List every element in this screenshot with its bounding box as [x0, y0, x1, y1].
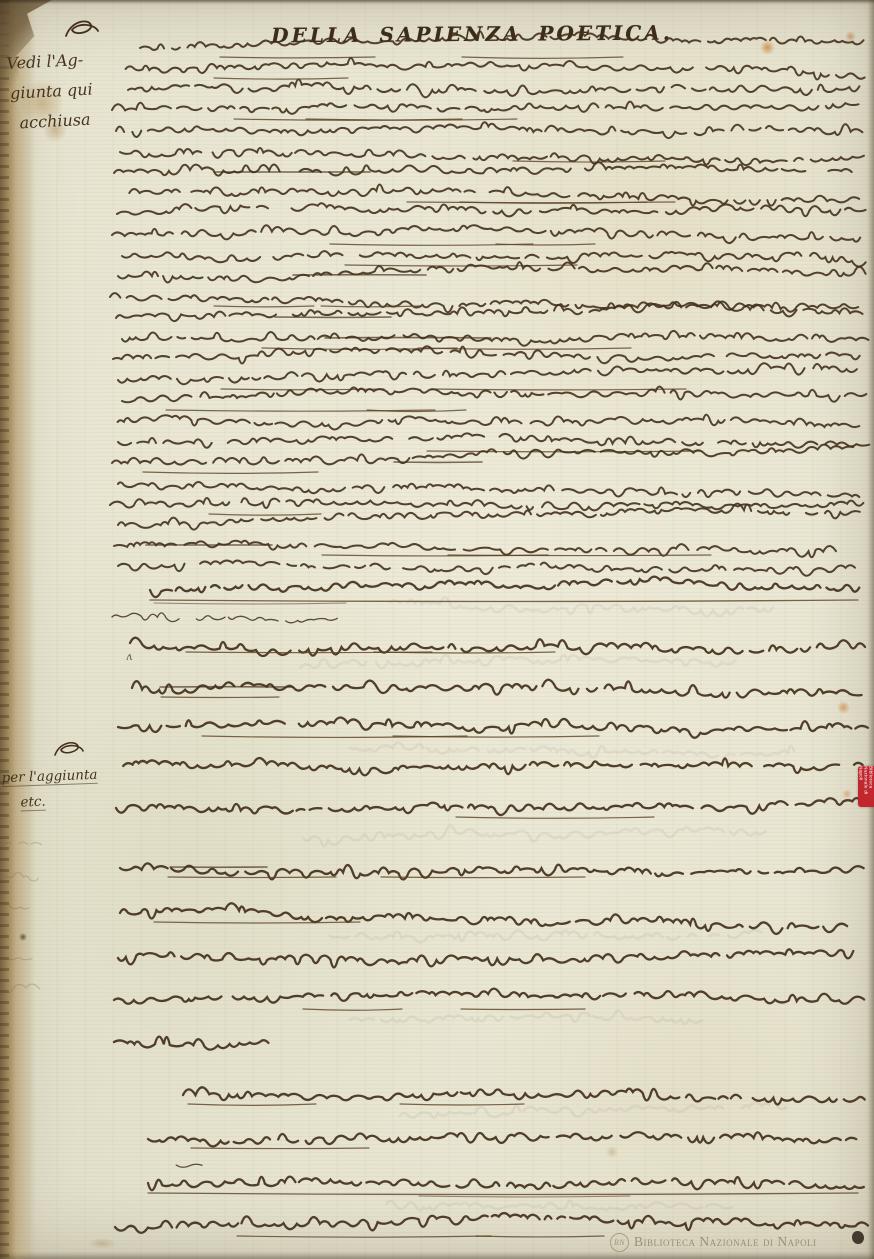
page-title: DELLA SAPIENZA POETICA. — [252, 20, 692, 47]
stain — [842, 789, 852, 799]
stain — [837, 701, 850, 714]
flourish-icon — [52, 738, 86, 760]
scan-edge-right — [868, 0, 874, 1259]
stain — [845, 31, 856, 42]
flourish-icon — [62, 16, 102, 42]
stain — [88, 1238, 116, 1249]
library-logo-icon: BN — [610, 1233, 629, 1252]
library-red-tab: Biblioteca Nazionale di Napoli — [858, 766, 874, 807]
margin-note-line: acchiusa — [19, 103, 122, 138]
margin-note-line: etc. — [20, 794, 46, 812]
handwriting-layer — [0, 0, 874, 1259]
stain — [760, 40, 775, 55]
library-watermark-text: Biblioteca Nazionale di Napoli — [634, 1234, 817, 1250]
scan-edge-bottom — [0, 1252, 874, 1259]
margin-note-top: Vedi l'Ag- giunta qui acchiusa — [6, 43, 123, 139]
caret-mark: ʌ — [126, 650, 132, 663]
book-gutter — [0, 0, 36, 1259]
margin-note-middle: per l'aggiunta etc. — [1, 762, 125, 816]
margin-note-line: per l'aggiunta — [1, 767, 97, 787]
library-watermark: BN Biblioteca Nazionale di Napoli — [610, 1231, 870, 1253]
stain — [606, 1146, 618, 1158]
scan-edge-top — [0, 0, 874, 4]
manuscript-page: DELLA SAPIENZA POETICA. Vedi l'Ag- giunt… — [0, 0, 874, 1259]
red-tab-label: Biblioteca Nazionale di Napoli — [859, 766, 874, 807]
paper-texture — [0, 0, 874, 1259]
